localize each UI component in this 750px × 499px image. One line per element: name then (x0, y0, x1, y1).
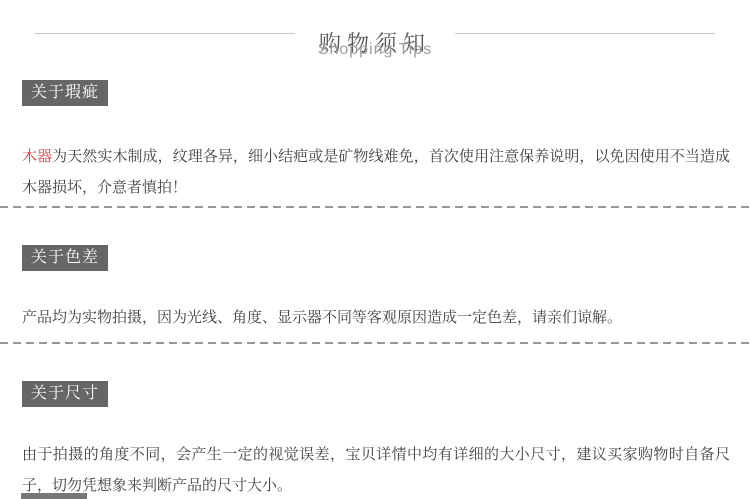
section-badge-flaws: 关于瑕疵 (22, 80, 108, 106)
dashed-divider (0, 206, 750, 208)
dashed-divider (0, 342, 750, 344)
section-badge-color: 关于色差 (22, 245, 108, 271)
section-text-flaws: 木器为天然实木制成，纹理各异，细小结疤或是矿物线难免，首次使用注意保养说明，以免… (22, 141, 730, 203)
section-text-flaws-body: 为天然实木制成，纹理各异，细小结疤或是矿物线难免，首次使用注意保养说明，以免因使… (22, 148, 730, 196)
section-badge-size: 关于尺寸 (22, 381, 108, 407)
page-subtitle: Shopping Tips (0, 41, 750, 59)
shopping-tips-panel: 购物须知 Shopping Tips 关于瑕疵 木器为天然实木制成，纹理各异，细… (0, 0, 750, 499)
section-text-size: 由于拍摄的角度不同，会产生一定的视觉误差，宝贝详情中均有详细的大小尺寸，建议买家… (22, 439, 730, 499)
highlight-wood-term: 木器 (22, 148, 52, 165)
next-section-badge-cutoff (21, 493, 87, 499)
section-text-color: 产品均为实物拍摄，因为光线、角度、显示器不同等客观原因造成一定色差，请亲们谅解。 (22, 302, 730, 333)
title-rule-right (455, 33, 715, 34)
